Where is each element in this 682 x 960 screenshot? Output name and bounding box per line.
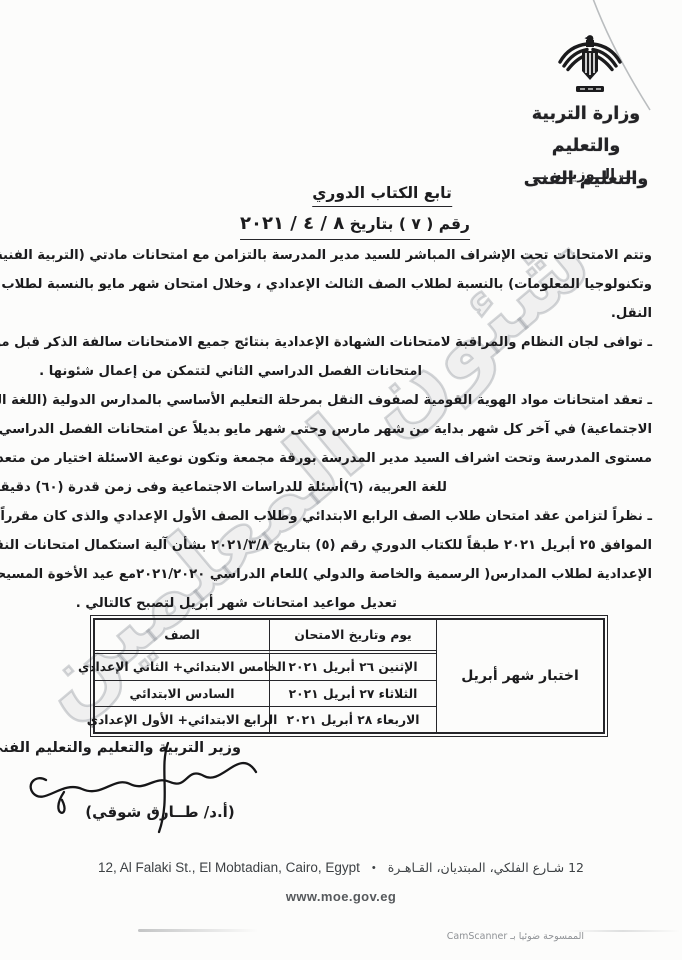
table-cell-grade: الرابع الابتدائي+ الأول الإعدادي (95, 706, 270, 732)
table-cell-day: الاربعاء ٢٨ أبريل ٢٠٢١ (270, 706, 436, 732)
footer-address: 12, Al Falaki St., El Mobtadian, Cairo, … (0, 860, 682, 875)
minister-label: ـــ الــوزيــر ـــ (524, 167, 644, 183)
ministry-website: www.moe.gov.eg (0, 889, 682, 904)
bullet-separator-icon: • (372, 862, 376, 874)
paragraph-line: الاجتماعية) في آخر كل شهر بداية من شهر م… (34, 415, 652, 444)
scanned-letter-page: شئون المعلمين (0, 0, 682, 960)
paragraph-line: مستوى المدرسة وتحت اشراف السيد مدير المد… (34, 444, 652, 473)
signatory-name: (أ.د/ طــارق شوقي) (72, 803, 248, 821)
camscanner-watermark: الممسوحة ضوئيا بـ CamScanner (447, 931, 584, 942)
letter-title: تابع الكتاب الدوري (312, 184, 452, 207)
letter-body: وتتم الامتحانات تحت الإشراف المباشر للسي… (34, 241, 652, 618)
address-arabic: 12 شـارع الفلكي، المبتديان، القـاهـرة (388, 860, 584, 875)
table-cell-day: الثلاثاء ٢٧ أبريل ٢٠٢١ (270, 680, 436, 706)
paragraph-line: وتكنولوجيا المعلومات) بالنسبة لطلاب الصف… (34, 270, 652, 299)
paragraph-line: الموافق ٢٥ أبريل ٢٠٢١ طبقاً للكتاب الدور… (34, 531, 652, 560)
letter-number-line: رقم ( ٧ ) بتاريخ ٨ / ٤ / ٢٠٢١ (240, 213, 470, 240)
signatory-title: وزير التربية والتعليم والتعليم الفني (33, 740, 241, 756)
paragraph-line: للغة العربية، (٦)أسئلة للدراسات الاجتماع… (34, 473, 652, 502)
table-col-header-grade: الصف (95, 620, 270, 654)
table-cell-grade: السادس الابتدائي (95, 680, 270, 706)
paragraph-line: ـ نظراً لتزامن عقد امتحان طلاب الصف الرا… (34, 502, 652, 531)
paragraph-line: ـ توافى لجان النظام والمراقبة لامتحانات … (34, 328, 652, 357)
table-col-header-day: يوم وتاريخ الامتحان (270, 620, 436, 654)
address-english: 12, Al Falaki St., El Mobtadian, Cairo, … (98, 860, 360, 875)
table-side-header: اختبار شهر أبريل (436, 620, 603, 732)
egypt-eagle-emblem-icon (552, 30, 628, 108)
paragraph-line: وتتم الامتحانات تحت الإشراف المباشر للسي… (34, 241, 652, 270)
letter-number-prefix: رقم ( ٧ ) بتاريخ (350, 215, 470, 233)
paragraph-line: النقل. (34, 299, 652, 328)
letter-date-handwritten: ٨ / ٤ / ٢٠٢١ (240, 213, 344, 234)
paragraph-line: الإعدادية لطلاب المدارس( الرسمية والخاصة… (34, 560, 652, 589)
paragraph-line: ـ تعقد امتحانات مواد الهوية القومية لصفو… (34, 386, 652, 415)
paragraph-line: تعديل مواعيد امتحانات شهر أبريل لتصبح كا… (34, 589, 652, 618)
scan-smudge (138, 929, 258, 932)
ministry-name-line1: وزارة التربية والتعليم (498, 98, 674, 163)
table-cell-grade: الخامس الابتدائي+ الثاني الإعدادي (95, 654, 270, 680)
exam-schedule-table: اختبار شهر أبريل يوم وتاريخ الامتحان الص… (93, 618, 605, 734)
paragraph-line: امتحانات الفصل الدراسي الثاني لتتمكن من … (34, 357, 652, 386)
table-cell-day: الإثنين ٢٦ أبريل ٢٠٢١ (270, 654, 436, 680)
